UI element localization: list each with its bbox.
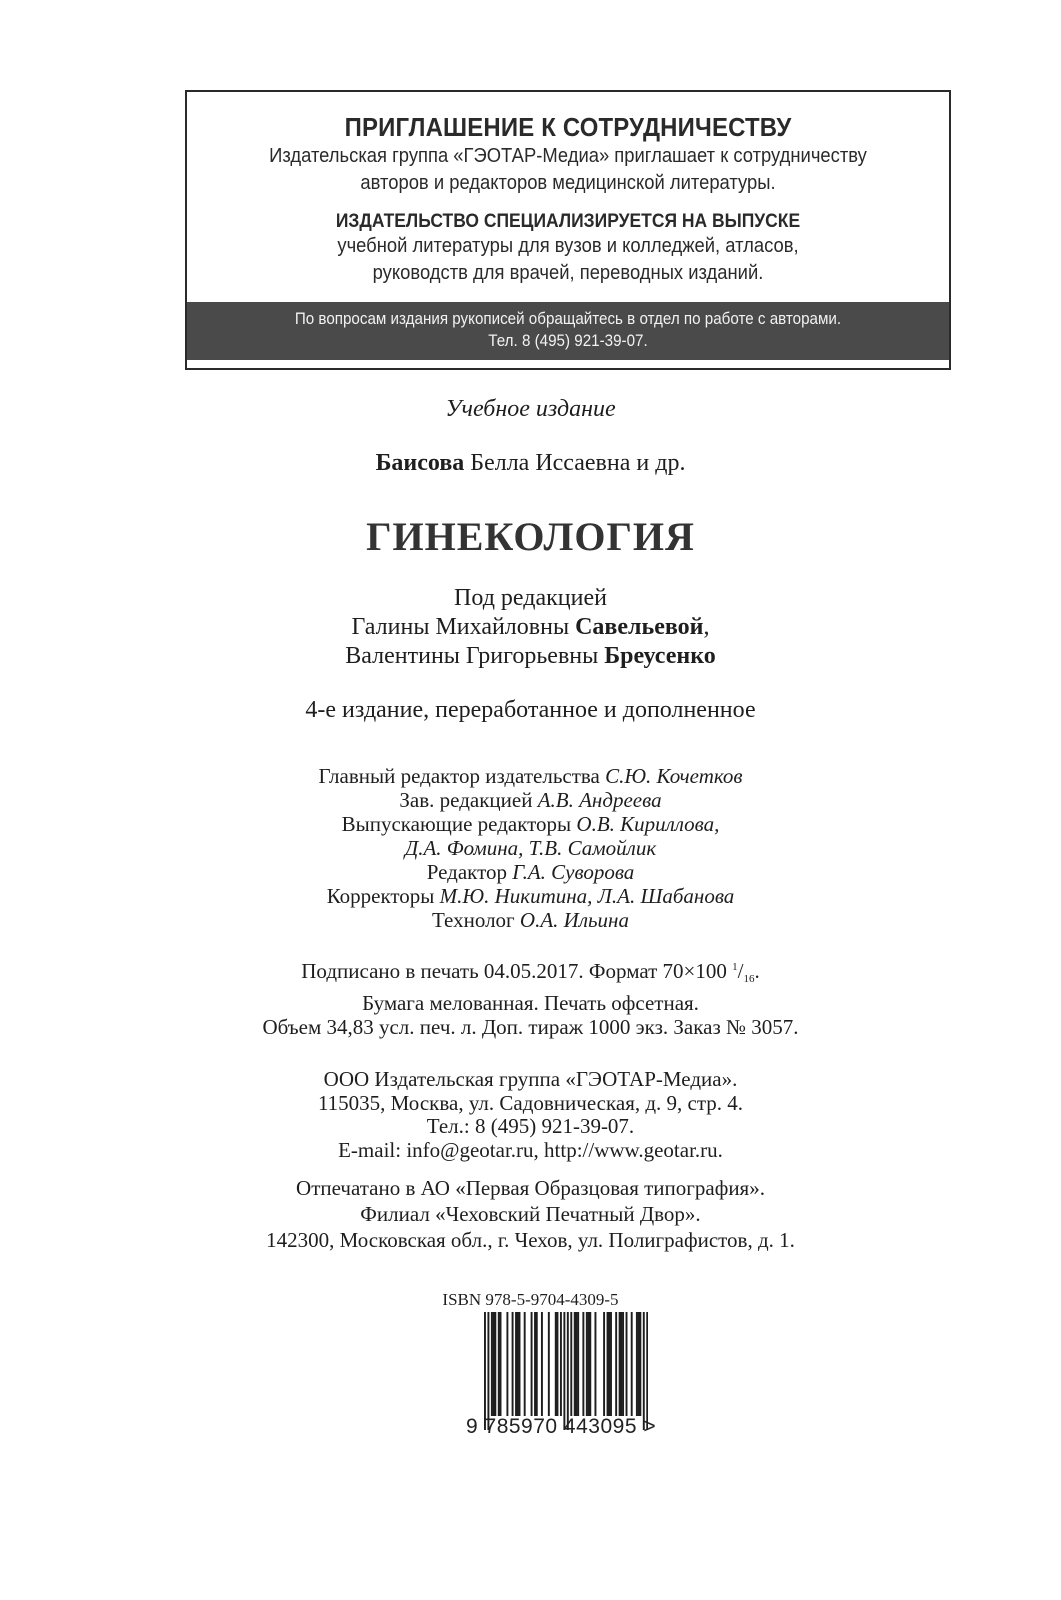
staff-role: Технолог [432,908,520,932]
barcode-digits: 9 785970 443095 > [466,1415,656,1439]
promo-text-line: авторов и редакторов медицинской литерат… [217,170,918,197]
staff-name: О.А. Ильина [520,908,629,932]
editor-1: Галины Михайловны Савельевой, [0,613,1061,642]
editor-2-surname: Бреусенко [604,643,715,669]
staff-credits: Главный редактор издательства С.Ю. Кочет… [0,764,1061,932]
editor-2: Валентины Григорьевны Бреусенко [0,642,1061,671]
editors-block: Под редакцией Галины Михайловны Савельев… [0,584,1061,671]
promo-text-line: Издательская группа «ГЭОТАР-Медиа» пригл… [217,143,918,170]
staff-name: С.Ю. Кочетков [605,764,742,788]
print-signed-text: Подписано в печать 04.05.2017. Формат 70… [301,959,732,983]
edition-type: Учебное издание [0,396,1061,423]
staff-role: Зав. редакцией [399,788,537,812]
promo-subtitle-line: учебной литературы для вузов и колледжей… [217,233,918,260]
staff-line: Главный редактор издательства С.Ю. Кочет… [0,764,1061,788]
staff-role: Главный редактор издательства [318,764,605,788]
contact-band: По вопросам издания рукописей обращайтес… [187,302,949,360]
volume-line: Объем 34,83 усл. печ. л. Доп. тираж 1000… [0,1015,1061,1039]
printer-address: 142300, Московская обл., г. Чехов, ул. П… [0,1227,1061,1253]
author-surname: Баисова [376,450,465,476]
editor-1-surname: Савельевой [575,614,703,640]
editor-1-comma: , [703,614,709,640]
staff-line: Корректоры М.Ю. Никитина, Л.А. Шабанова [0,884,1061,908]
promo-subtitle: ИЗДАТЕЛЬСТВО СПЕЦИАЛИЗИРУЕТСЯ НА ВЫПУСКЕ [217,211,918,233]
editor-1-name: Галины Михайловны [352,614,576,640]
staff-name: А.В. Андреева [538,788,662,812]
staff-line: Выпускающие редакторы О.В. Кириллова, [0,812,1061,836]
format-numerator: 1 [732,961,738,973]
staff-line: Д.А. Фомина, Т.В. Самойлик [0,836,1061,860]
promo-title: ПРИГЛАШЕНИЕ К СОТРУДНИЧЕСТВУ [217,112,918,143]
printer-branch: Филиал «Чеховский Печатный Двор». [0,1201,1061,1227]
print-info: Подписано в печать 04.05.2017. Формат 70… [0,955,1061,1039]
publisher-contacts: E-mail: info@geotar.ru, http://www.geota… [0,1139,1061,1163]
isbn-label: ISBN 978-5-9704-4309-5 [0,1290,1061,1310]
edition-info: 4-е издание, переработанное и дополненно… [0,697,1061,724]
publisher-name: ООО Издательская группа «ГЭОТАР-Медиа». [0,1068,1061,1092]
staff-role: Корректоры [327,884,440,908]
barcode-icon [484,1312,648,1430]
staff-role: Редактор [427,860,513,884]
editor-2-name: Валентины Григорьевны [345,643,604,669]
contact-band-text: По вопросам издания рукописей обращайтес… [217,308,918,330]
staff-role: Выпускающие редакторы [342,812,577,836]
editors-label: Под редакцией [0,584,1061,613]
contact-band-phone: Тел. 8 (495) 921-39-07. [217,330,918,352]
print-signed-line: Подписано в печать 04.05.2017. Формат 70… [0,955,1061,991]
staff-name: М.Ю. Никитина, Л.А. Шабанова [440,884,735,908]
printer-name: Отпечатано в АО «Первая Образцовая типог… [0,1175,1061,1201]
staff-name: Г.А. Суворова [512,860,634,884]
staff-line: Редактор Г.А. Суворова [0,860,1061,884]
staff-name: О.В. Кириллова, [576,812,719,836]
publisher-info: ООО Издательская группа «ГЭОТАР-Медиа». … [0,1068,1061,1162]
staff-line: Зав. редакцией А.В. Андреева [0,788,1061,812]
promo-subtitle-line: руководств для врачей, переводных издани… [217,260,918,287]
format-end: . [754,959,759,983]
paper-line: Бумага мелованная. Печать офсетная. [0,991,1061,1015]
publisher-phone: Тел.: 8 (495) 921-39-07. [0,1115,1061,1139]
author-line: Баисова Белла Иссаевна и др. [0,450,1061,477]
staff-name: Д.А. Фомина, Т.В. Самойлик [405,836,656,860]
book-title: ГИНЕКОЛОГИЯ [0,513,1061,560]
cooperation-invitation-box: ПРИГЛАШЕНИЕ К СОТРУДНИЧЕСТВУ Издательска… [185,90,951,370]
staff-line: Технолог О.А. Ильина [0,908,1061,932]
author-rest: Белла Иссаевна и др. [464,450,685,476]
format-denominator: 16 [743,973,754,985]
printer-info: Отпечатано в АО «Первая Образцовая типог… [0,1175,1061,1253]
publisher-address: 115035, Москва, ул. Садовническая, д. 9,… [0,1092,1061,1116]
